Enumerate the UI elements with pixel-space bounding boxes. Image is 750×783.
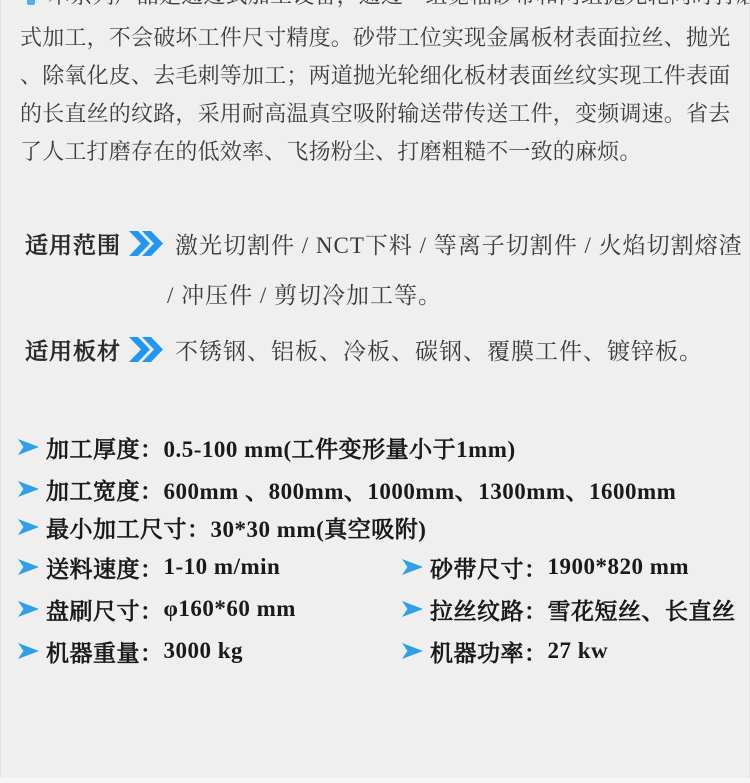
arrowhead-right-icon [18,519,39,535]
section-materials-label: 适用板材 [25,333,129,366]
section-scope: 适用范围 激光切割件 / NCT下料 / 等离子切割件 / 火焰切割熔渣 [25,230,743,256]
intro-line: 了人工打磨存在的低效率、飞扬粉尘、打磨粗糙不一致的麻烦。 [20,140,736,164]
spec-value: 27 kw [548,638,609,664]
spec-value: φ160*60 mm [164,596,296,622]
spec-belt-size: 砂带尺寸：1900*820 mm [402,554,689,580]
spec-label: 拉丝纹路： [430,593,548,626]
section-materials-text: 不锈钢、铝板、冷板、碳钢、覆膜工件、镀锌板。 [175,333,703,366]
spec-label: 送料速度： [46,551,164,584]
arrowhead-right-icon [402,601,423,617]
spec-label: 盘刷尺寸： [46,593,164,626]
spec-label: 最小加工尺寸： [46,511,211,544]
spec-label: 机器功率： [430,635,548,668]
bullet-dot-icon [27,0,35,5]
spec-feed-speed: 送料速度：1-10 m/min [18,554,280,580]
spec-label: 加工厚度： [46,431,164,464]
spec-brush-size: 盘刷尺寸：φ160*60 mm [18,596,296,622]
spec-value: 1900*820 mm [548,554,690,580]
arrowhead-right-icon [18,601,39,617]
page-bottom-strip [0,778,750,783]
section-scope-text: 激光切割件 / NCT下料 / 等离子切割件 / 火焰切割熔渣 [175,227,743,260]
spec-value: 雪花短丝、长直丝 [548,593,736,626]
arrowhead-right-icon [18,439,39,455]
spec-label: 砂带尺寸： [430,551,548,584]
spec-width: 加工宽度：600mm 、800mm、1000mm、1300mm、1600mm [18,476,676,502]
arrowhead-right-icon [402,643,423,659]
intro-line: 、除氧化皮、去毛刺等加工；两道抛光轮细化板材表面丝纹实现工件表面 [20,64,736,88]
arrowhead-right-icon [402,559,423,575]
spec-value: 30*30 mm(真空吸附) [211,511,427,544]
double-chevron-right-icon [129,337,163,362]
spec-label: 机器重量： [46,635,164,668]
intro-line: 式加工，不会破坏工件尺寸精度。砂带工位实现金属板材表面拉丝、抛光 [20,26,736,50]
arrowhead-right-icon [18,481,39,497]
spec-power: 机器功率：27 kw [402,638,608,664]
spec-value: 600mm 、800mm、1000mm、1300mm、1600mm [164,473,677,506]
spec-thickness: 加工厚度：0.5-100 mm(工件变形量小于1mm) [18,434,516,460]
section-materials: 适用板材 不锈钢、铝板、冷板、碳钢、覆膜工件、镀锌板。 [25,336,703,362]
arrowhead-right-icon [18,643,39,659]
double-chevron-right-icon [129,231,163,256]
product-detail-page: 本系列产品是通过式加工设备，通过一组宽幅砂带和两组抛光轮同时打磨抛光,通过 式加… [0,0,750,783]
intro-line: 本系列产品是通过式加工设备，通过一组宽幅砂带和两组抛光轮同时打磨抛光,通过 [48,0,750,8]
page-left-edge [0,0,1,783]
spec-grain-pattern: 拉丝纹路：雪花短丝、长直丝 [402,596,736,622]
section-scope-text-line2: / 冲压件 / 剪切冷加工等。 [167,277,442,310]
arrowhead-right-icon [18,559,39,575]
spec-label: 加工宽度： [46,473,164,506]
spec-value: 3000 kg [164,638,244,664]
spec-value: 0.5-100 mm(工件变形量小于1mm) [164,431,516,464]
spec-min-size: 最小加工尺寸：30*30 mm(真空吸附) [18,514,426,540]
spec-weight: 机器重量：3000 kg [18,638,243,664]
spec-value: 1-10 m/min [164,554,281,580]
section-scope-label: 适用范围 [25,227,129,260]
intro-line: 的长直丝的纹路，采用耐高温真空吸附输送带传送工件，变频调速。省去 [20,102,736,126]
